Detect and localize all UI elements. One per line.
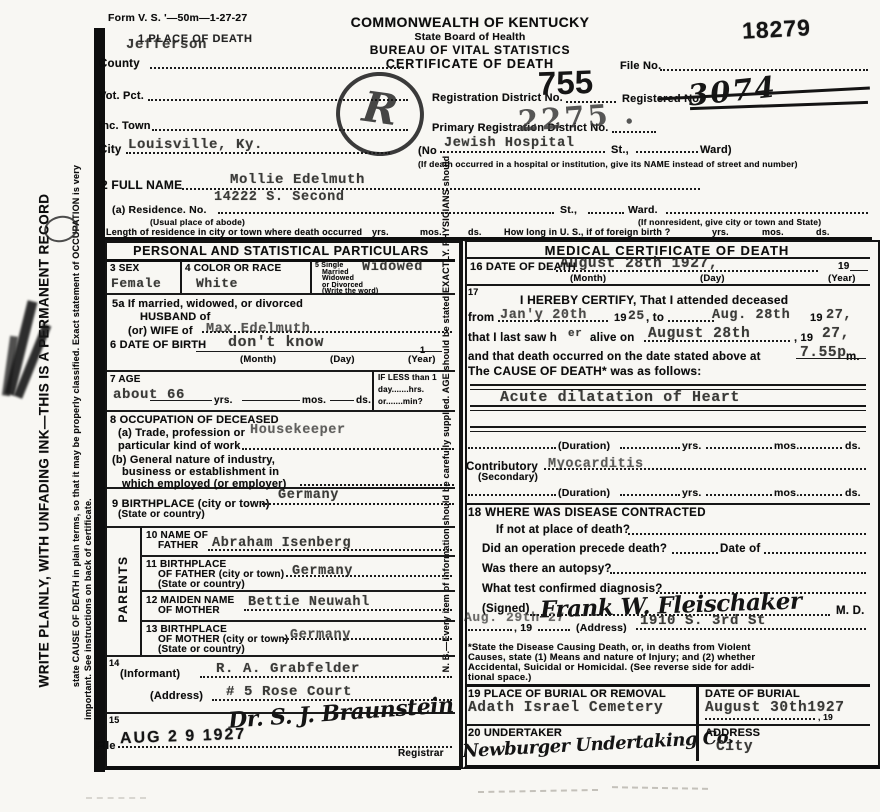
if-less-label: IF LESS than 1 [378, 373, 437, 382]
to-year-value: 27, [826, 308, 852, 323]
dotted-line [706, 494, 772, 496]
dotted-line [628, 533, 866, 535]
md-label: M. D. [836, 605, 864, 617]
dotted-line [440, 151, 605, 153]
county-label: County [99, 58, 140, 70]
rule [107, 293, 455, 295]
birthplace-value: Germany [278, 488, 339, 503]
father-birthplace-sub: (State or country) [158, 579, 245, 590]
occupation-b-label: which employed (or employer) [122, 478, 287, 490]
ds-label: ds. [816, 227, 830, 237]
filed-label: File [96, 740, 116, 752]
cell-divider [180, 261, 182, 293]
dotted-line [538, 629, 570, 631]
ds-label: ds. [468, 227, 482, 237]
dotted-line [218, 212, 554, 214]
informant-value: R. A. Grabfelder [216, 661, 360, 677]
dotted-line [764, 552, 866, 554]
rule [141, 620, 455, 622]
how-long-label: How long in U. S., if of foreign birth ? [504, 227, 670, 237]
question-autopsy: Was there an autopsy? [482, 563, 612, 575]
from-year-value: 25 [628, 308, 645, 323]
no-paren-label: (No [418, 145, 437, 157]
husband-of-label: HUSBAND of [140, 311, 210, 323]
dotted-line [284, 638, 452, 640]
duration-mos: mos. [774, 440, 799, 452]
age-label: 7 AGE [110, 374, 141, 385]
registration-district-value: 755 [537, 63, 593, 103]
dotted-line [612, 131, 656, 133]
last-saw-label: that I last saw h [468, 332, 557, 344]
sex-value: Female [111, 276, 161, 291]
margin-nb-line2: state CAUSE OF DEATH in plain terms, so … [71, 46, 81, 806]
rule [470, 405, 866, 411]
commonwealth-title: COMMONWEALTH OF KENTUCKY [330, 14, 610, 30]
undertaker-address-label: ADDRESS [705, 727, 760, 739]
mother-birthplace-sub: (State or country) [158, 644, 245, 655]
dotted-line [636, 151, 698, 153]
undertaker-address-value: City [716, 739, 753, 755]
dotted-line [672, 552, 718, 554]
dod-month-label: (Month) [570, 273, 606, 284]
signed-address-label: (Address) [576, 622, 627, 634]
yrs-label: yrs. [372, 227, 389, 237]
cell-divider [372, 371, 374, 410]
dotted-line [620, 447, 680, 449]
occupation-b-label: business or establishment in [122, 466, 279, 478]
if-less-label: or.......min? [378, 397, 423, 406]
secondary-label: (Secondary) [478, 472, 538, 483]
saw-year-value: 27, [822, 326, 850, 342]
dotted-line [544, 468, 866, 470]
sex-label: 3 SEX [110, 263, 139, 274]
rule [466, 684, 870, 687]
dotted-line [150, 67, 408, 69]
city-label: City [99, 144, 122, 156]
dotted-line [668, 320, 714, 322]
occupation-value: Housekeeper [250, 423, 346, 438]
county-value: Jefferson [126, 37, 207, 53]
question-not-at-place: If not at place of death? [496, 524, 630, 536]
rule [150, 400, 212, 401]
dotted-line [126, 152, 390, 154]
stamp-letter: R [360, 82, 401, 135]
to-label: , to [646, 312, 664, 324]
hospital-value: Jewish Hospital [444, 136, 575, 151]
question-operation-date: Date of [720, 543, 760, 555]
dotted-line [610, 572, 866, 574]
pencil-dash-mark [86, 797, 146, 799]
duration-yrs: yrs. [682, 487, 701, 499]
dotted-line [208, 549, 452, 551]
residence-label: (a) Residence. No. [112, 204, 207, 216]
city-value: Louisville, Ky. [128, 137, 263, 153]
day-label: (Day) [330, 354, 355, 365]
serial-number-stamp: 18279 [741, 14, 811, 45]
occupation-a-label: (a) Trade, profession or [118, 427, 245, 439]
marital-value: Widowed [362, 260, 423, 275]
file-no-label: File No. [620, 60, 661, 72]
rule [141, 590, 455, 592]
dotted-line [262, 503, 454, 505]
from-19-label: 19 [614, 312, 627, 324]
dod-19-label: 19 [838, 261, 850, 272]
nonresident-note: (If nonresident, give city or town and S… [638, 217, 821, 227]
residence-st-label: St., [560, 204, 577, 216]
pencil-dash-mark [612, 786, 708, 790]
dob-label: 6 DATE OF BIRTH [110, 339, 206, 351]
where-contracted-label: 18 WHERE WAS DISEASE CONTRACTED [468, 507, 706, 519]
age-yrs-label: yrs. [214, 395, 233, 406]
full-name-value: Mollie Edelmuth [230, 172, 365, 188]
st-label: St., [611, 144, 629, 156]
duration-yrs: yrs. [682, 440, 701, 452]
dotted-line [468, 629, 512, 631]
pencil-dash-mark [478, 789, 598, 793]
from-label: from [468, 312, 494, 324]
dotted-line [800, 494, 842, 496]
footnote-line: tional space.) [468, 672, 532, 683]
field-15-number: 15 [109, 715, 119, 725]
cell-divider [310, 261, 312, 293]
occupation-b-label: (b) General nature of industry, [112, 454, 275, 466]
dotted-line [244, 609, 452, 611]
dotted-line [300, 484, 454, 486]
bureau-title: BUREAU OF VITAL STATISTICS [330, 43, 610, 57]
field-14-number: 14 [109, 658, 119, 668]
burial-19-label: , 19 [818, 712, 833, 722]
married-widowed-label: 5a If married, widowed, or divorced [112, 298, 303, 310]
race-label: 4 COLOR OR RACE [185, 263, 281, 274]
question-operation: Did an operation precede death? [482, 543, 667, 555]
vot-pct-label: Vot. Pct. [99, 90, 144, 102]
rule [107, 655, 455, 657]
informant-address-value: # 5 Rose Court [226, 684, 352, 700]
informant-label: (Informant) [120, 668, 180, 680]
month-label: (Month) [240, 354, 276, 365]
field-17-number: 17 [468, 287, 478, 297]
rule [107, 410, 455, 412]
dotted-line [242, 448, 454, 450]
ward-label: Ward) [700, 144, 732, 156]
rule [196, 351, 442, 352]
birthplace-sub-label: (State or country) [118, 509, 205, 520]
dotted-line [468, 447, 556, 449]
dod-year-label: (Year) [828, 273, 856, 284]
personal-title: PERSONAL AND STATISTICAL PARTICULARS [107, 244, 455, 258]
signed-19-label: , 19 [514, 622, 532, 634]
dotted-line [636, 628, 866, 630]
to-19-label: 19 [810, 312, 823, 324]
residence-street-value: 14222 S. Second [214, 190, 345, 205]
length-residence-label: Length of residence in city or town wher… [106, 227, 362, 237]
duration-ds: ds. [845, 440, 861, 452]
dotted-line [644, 340, 790, 342]
rule [141, 555, 455, 557]
age-ds-label: ds. [356, 395, 371, 406]
year-label: (Year) [408, 354, 436, 365]
rule [466, 724, 870, 726]
cause-of-death-intro: The CAUSE OF DEATH* was as follows: [468, 364, 701, 378]
rule [107, 526, 455, 528]
rule [107, 370, 455, 372]
hospital-note: (If death occurred in a hospital or inst… [418, 159, 798, 169]
dotted-line [706, 447, 772, 449]
race-value: White [196, 276, 238, 291]
her-value: er [568, 328, 582, 340]
father-name-label: FATHER [158, 540, 198, 551]
inc-town-label: Inc. Town [99, 120, 151, 132]
signed-address-value: 1910 S. 3rd St [640, 613, 766, 629]
informant-address-label: (Address) [150, 690, 203, 702]
mos-label: mos. [762, 227, 784, 237]
dotted-line [705, 718, 815, 720]
duration-label: (Duration) [558, 487, 610, 499]
mother-birthplace-value: Germany [290, 628, 351, 643]
rule [470, 426, 866, 432]
rule [466, 503, 870, 505]
rule [330, 400, 354, 401]
form-number: Form V. S. '—50m—1-27-27 [108, 12, 247, 24]
form-left-border [94, 28, 105, 772]
mother-maiden-value: Bettie Neuwahl [248, 595, 370, 610]
marital-write-word: (Write the word) [322, 288, 378, 295]
dotted-line [666, 212, 868, 214]
death-occurred-label: and that death occurred on the date stat… [468, 351, 761, 363]
rule [850, 270, 868, 271]
rule [242, 400, 300, 401]
parents-label: PARENTS [116, 524, 130, 654]
board-of-health: State Board of Health [330, 31, 610, 43]
duration-mos: mos. [774, 487, 799, 499]
circle-r-stamp: R [331, 66, 430, 161]
place-of-burial-label: 19 PLACE OF BURIAL OR REMOVAL [468, 688, 666, 700]
dod-day-label: (Day) [700, 273, 725, 284]
time-m-label: m. [846, 351, 860, 363]
mos-label: mos. [420, 227, 442, 237]
dotted-line [800, 447, 842, 449]
duration-ds: ds. [845, 487, 861, 499]
date-of-burial-label: DATE OF BURIAL [705, 688, 800, 700]
rule [796, 358, 866, 359]
residence-ward-label: Ward. [628, 204, 658, 216]
abode-note: (Usual place of abode) [150, 217, 245, 227]
certify-statement: I HEREBY CERTIFY, That I attended deceas… [520, 293, 788, 307]
dotted-line [498, 320, 608, 322]
full-name-label: 2 FULL NAME [101, 178, 182, 192]
alive-on-label: alive on [590, 332, 634, 344]
duration-label: (Duration) [558, 440, 610, 452]
margin-nb-line3: important. See instructions on back of c… [83, 419, 93, 799]
dotted-line [286, 575, 452, 577]
mother-maiden-label: OF MOTHER [158, 605, 220, 616]
registrar-label: Registrar [398, 748, 444, 759]
occupation-a-label: particular kind of work [118, 440, 241, 452]
wife-of-label: (or) WIFE of [128, 325, 193, 337]
saw-19-label: , 19 [794, 332, 813, 344]
rule [466, 284, 870, 286]
dotted-line [200, 676, 452, 678]
age-mos-label: mos. [302, 395, 326, 406]
if-less-label: day.......hrs. [378, 385, 424, 394]
dotted-line [620, 494, 680, 496]
margin-bold-note: WRITE PLAINLY, WITH UNFADING INK—THIS IS… [37, 81, 52, 801]
attended-to-value: Aug. 28th [712, 308, 790, 323]
dotted-line [556, 270, 818, 272]
dob-value: don't know [228, 334, 324, 351]
yrs-label: yrs. [712, 227, 729, 237]
place-of-burial-value: Adath Israel Cemetery [468, 700, 663, 716]
dotted-line [468, 494, 556, 496]
dotted-line [588, 212, 624, 214]
death-certificate-scan: WRITE PLAINLY, WITH UNFADING INK—THIS IS… [0, 0, 880, 812]
dotted-line [202, 331, 452, 333]
cause-of-death-value: Acute dilatation of Heart [500, 389, 740, 406]
